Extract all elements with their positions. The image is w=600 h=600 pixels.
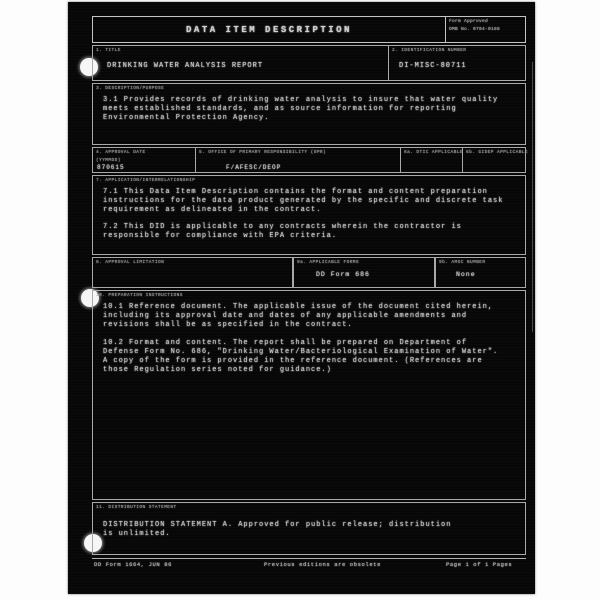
- applicable-forms-label: 9a. APPLICABLE FORMS: [294, 258, 434, 268]
- footer-rule: [92, 558, 526, 559]
- approval-limitation-block: 8. APPROVAL LIMITATION: [92, 257, 293, 288]
- form-title-box: DATA ITEM DESCRIPTION: [92, 16, 446, 43]
- distribution-text: DISTRIBUTION STATEMENT A. Approved for p…: [103, 521, 463, 539]
- application-label: 7. APPLICATION/INTERRELATIONSHIP: [93, 176, 525, 186]
- amsc-value: None: [436, 268, 525, 278]
- omb-box: Form Approved OMB No. 0704-0188: [445, 16, 526, 43]
- applicable-forms-value: DD Form 686: [294, 268, 434, 278]
- id-number-label: 2. IDENTIFICATION NUMBER: [389, 46, 525, 56]
- preparation-paragraph-1: 10.1 Reference document. The applicable …: [103, 303, 505, 330]
- description-block: 3. DESCRIPTION/PURPOSE 3.1 Provides reco…: [92, 83, 526, 145]
- description-label: 3. DESCRIPTION/PURPOSE: [93, 84, 525, 94]
- footer-page-number: Page 1 of 1 Pages: [446, 561, 512, 568]
- description-paragraph: 3.1 Provides records of drinking water a…: [103, 96, 501, 123]
- form-title: DATA ITEM DESCRIPTION: [93, 25, 445, 35]
- title-label: 1. TITLE: [93, 46, 388, 56]
- preparation-label: 10. PREPARATION INSTRUCTIONS: [93, 291, 525, 301]
- title-value: DRINKING WATER ANALYSIS REPORT: [93, 56, 388, 70]
- opr-label: 5. OFFICE OF PRIMARY RESPONSIBILITY (OPR…: [196, 148, 400, 158]
- gidep-label: 6b. GIDEP APPLICABLE: [463, 148, 525, 158]
- application-paragraph-1: 7.1 This Data Item Description contains …: [103, 188, 505, 215]
- omb-approved-text: Form Approved: [446, 17, 525, 27]
- approval-date-label: 4. APPROVAL DATE: [93, 148, 195, 158]
- opr-block: 5. OFFICE OF PRIMARY RESPONSIBILITY (OPR…: [195, 147, 401, 173]
- approval-date-value: 870615: [93, 163, 195, 171]
- application-paragraph-2: 7.2 This DID is applicable to any contra…: [103, 223, 505, 241]
- gidep-block: 6b. GIDEP APPLICABLE: [462, 147, 526, 173]
- amsc-block: 9b. AMSC NUMBER None: [435, 257, 526, 288]
- approval-date-block: 4. APPROVAL DATE (YYMMDD) 870615: [92, 147, 196, 173]
- footer-form-number: DD Form 1664, JUN 86: [94, 561, 172, 568]
- dtic-label: 6a. DTIC APPLICABLE: [401, 148, 462, 158]
- amsc-label: 9b. AMSC NUMBER: [436, 258, 525, 268]
- dtic-block: 6a. DTIC APPLICABLE: [400, 147, 463, 173]
- scanned-document: DATA ITEM DESCRIPTION Form Approved OMB …: [0, 0, 600, 600]
- application-block: 7. APPLICATION/INTERRELATIONSHIP 7.1 Thi…: [92, 175, 526, 255]
- preparation-paragraph-2: 10.2 Format and content. The report shal…: [103, 339, 505, 375]
- opr-value: F/AFESC/DEOP: [196, 158, 400, 171]
- footer-editions-note: Previous editions are obsolete: [264, 561, 381, 568]
- distribution-label: 11. DISTRIBUTION STATEMENT: [93, 503, 525, 513]
- scan-artifact-line: [532, 62, 533, 332]
- omb-number-text: OMB No. 0704-0188: [446, 27, 525, 33]
- title-block: 1. TITLE DRINKING WATER ANALYSIS REPORT: [92, 45, 389, 81]
- approval-limitation-label: 8. APPROVAL LIMITATION: [93, 258, 292, 268]
- document-page: DATA ITEM DESCRIPTION Form Approved OMB …: [68, 2, 535, 594]
- applicable-forms-block: 9a. APPLICABLE FORMS DD Form 686: [293, 257, 435, 288]
- distribution-block: 11. DISTRIBUTION STATEMENT DISTRIBUTION …: [92, 502, 526, 555]
- id-number-value: DI-MISC-80711: [389, 56, 525, 70]
- id-number-block: 2. IDENTIFICATION NUMBER DI-MISC-80711: [388, 45, 526, 81]
- preparation-block: 10. PREPARATION INSTRUCTIONS 10.1 Refere…: [92, 290, 526, 500]
